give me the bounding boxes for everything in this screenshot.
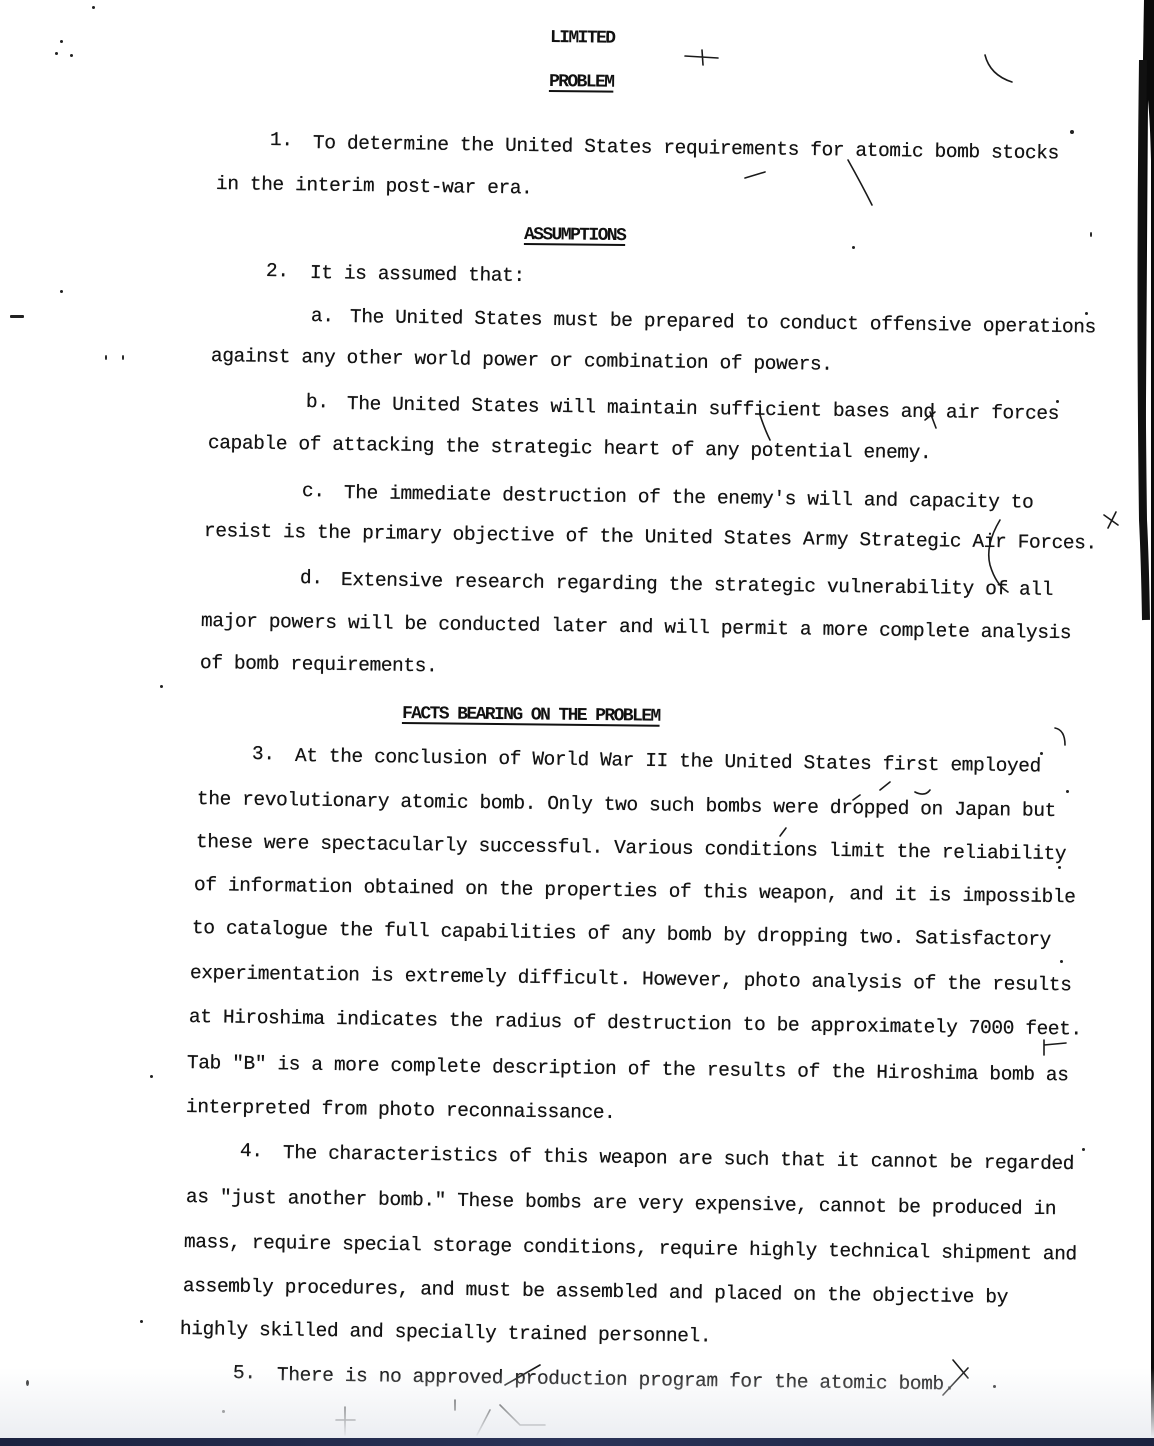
assumption-a-line-1: The United States must be prepared to co… [350,306,1096,338]
scan-speck [1066,790,1069,793]
paragraph-4-line-3: mass, require special storage conditions… [184,1231,1077,1265]
scan-speck [222,1410,225,1413]
scan-speck [60,290,63,293]
scanned-document-page: LIMITED PROBLEM 1. To determine the Unit… [0,0,1154,1438]
scan-speck [140,1320,143,1323]
assumption-d-line-2: major powers will be conducted later and… [201,610,1071,644]
assumption-c-line-2: resist is the primary objective of the U… [204,520,1097,554]
paragraph-4-line-2: as "just another bomb." These bombs are … [186,1186,1056,1220]
paragraph-4-line-5: highly skilled and specially trained per… [180,1318,711,1347]
paragraph-1-line-2: in the interim post-war era. [216,173,533,199]
section-heading-assumptions: ASSUMPTIONS [524,225,625,246]
scan-speck [26,1380,29,1386]
scan-speck [70,54,73,57]
paragraph-3-number: 3. [252,743,275,765]
paragraph-3-line-4: of information obtained on the propertie… [194,874,1076,908]
paragraph-3-line-5: to catalogue the full capabilities of an… [192,917,1051,951]
scan-speck [1058,866,1061,869]
section-heading-facts: FACTS BEARING ON THE PROBLEM [402,704,660,727]
assumption-c-line-1: The immediate destruction of the enemy's… [344,482,1034,514]
scan-speck [852,246,855,249]
scan-speck [10,315,24,318]
paragraph-5-line-1: There is no approved production program … [277,1364,955,1395]
paragraph-2-intro: It is assumed that: [310,262,525,287]
scan-speck [993,1385,996,1388]
scan-speck [1070,130,1074,134]
scan-speck [92,6,95,9]
scan-speck [1090,232,1092,237]
assumption-b-letter: b. [306,391,329,413]
paragraph-3-line-9: interpreted from photo reconnaissance. [186,1096,616,1124]
paragraph-3-line-2: the revolutionary atomic bomb. Only two … [197,788,1056,822]
paragraph-3-line-8: Tab "B" is a more complete description o… [187,1052,1069,1086]
viewer-bottom-bar [0,1438,1154,1446]
paragraph-3-line-7: at Hiroshima indicates the radius of des… [189,1006,1082,1040]
scan-speck [60,40,63,43]
scan-binding-edge [1122,0,1154,1438]
paragraph-3-line-3: these were spectacularly successful. Var… [196,831,1066,865]
scan-speck [1060,960,1063,963]
paragraph-1-number: 1. [270,129,293,151]
assumption-d-letter: d. [300,567,323,589]
scan-speck [150,1075,153,1078]
scan-speck [1040,752,1043,755]
scan-speck [1085,312,1088,315]
paragraph-2-number: 2. [266,260,289,282]
scan-speck [105,355,107,360]
assumption-b-line-1: The United States will maintain sufficie… [347,393,1059,425]
scan-speck [55,52,58,55]
assumption-c-letter: c. [302,480,325,502]
paragraph-1-line-1: To determine the United States requireme… [313,132,1059,164]
paragraph-3-line-6: experimentation is extremely difficult. … [190,962,1072,996]
paragraph-3-line-1: At the conclusion of World War II the Un… [295,745,1041,777]
scan-speck [160,685,163,688]
scan-speck [1056,400,1059,403]
assumption-d-line-1: Extensive research regarding the strateg… [341,569,1053,601]
assumption-d-line-3: of bomb requirements. [200,652,438,677]
assumption-b-line-2: capable of attacking the strategic heart… [208,432,932,464]
assumption-a-letter: a. [311,305,334,327]
paragraph-4-number: 4. [240,1140,263,1162]
paragraph-4-line-4: assembly procedures, and must be assembl… [183,1275,1008,1309]
scan-speck [122,355,124,360]
classification-label: LIMITED [550,28,615,49]
scan-speck [1082,1148,1085,1151]
paragraph-4-line-1: The characteristics of this weapon are s… [283,1142,1074,1175]
assumption-a-line-2: against any other world power or combina… [211,345,833,376]
section-heading-problem: PROBLEM [549,72,614,93]
paragraph-5-number: 5. [233,1362,256,1384]
